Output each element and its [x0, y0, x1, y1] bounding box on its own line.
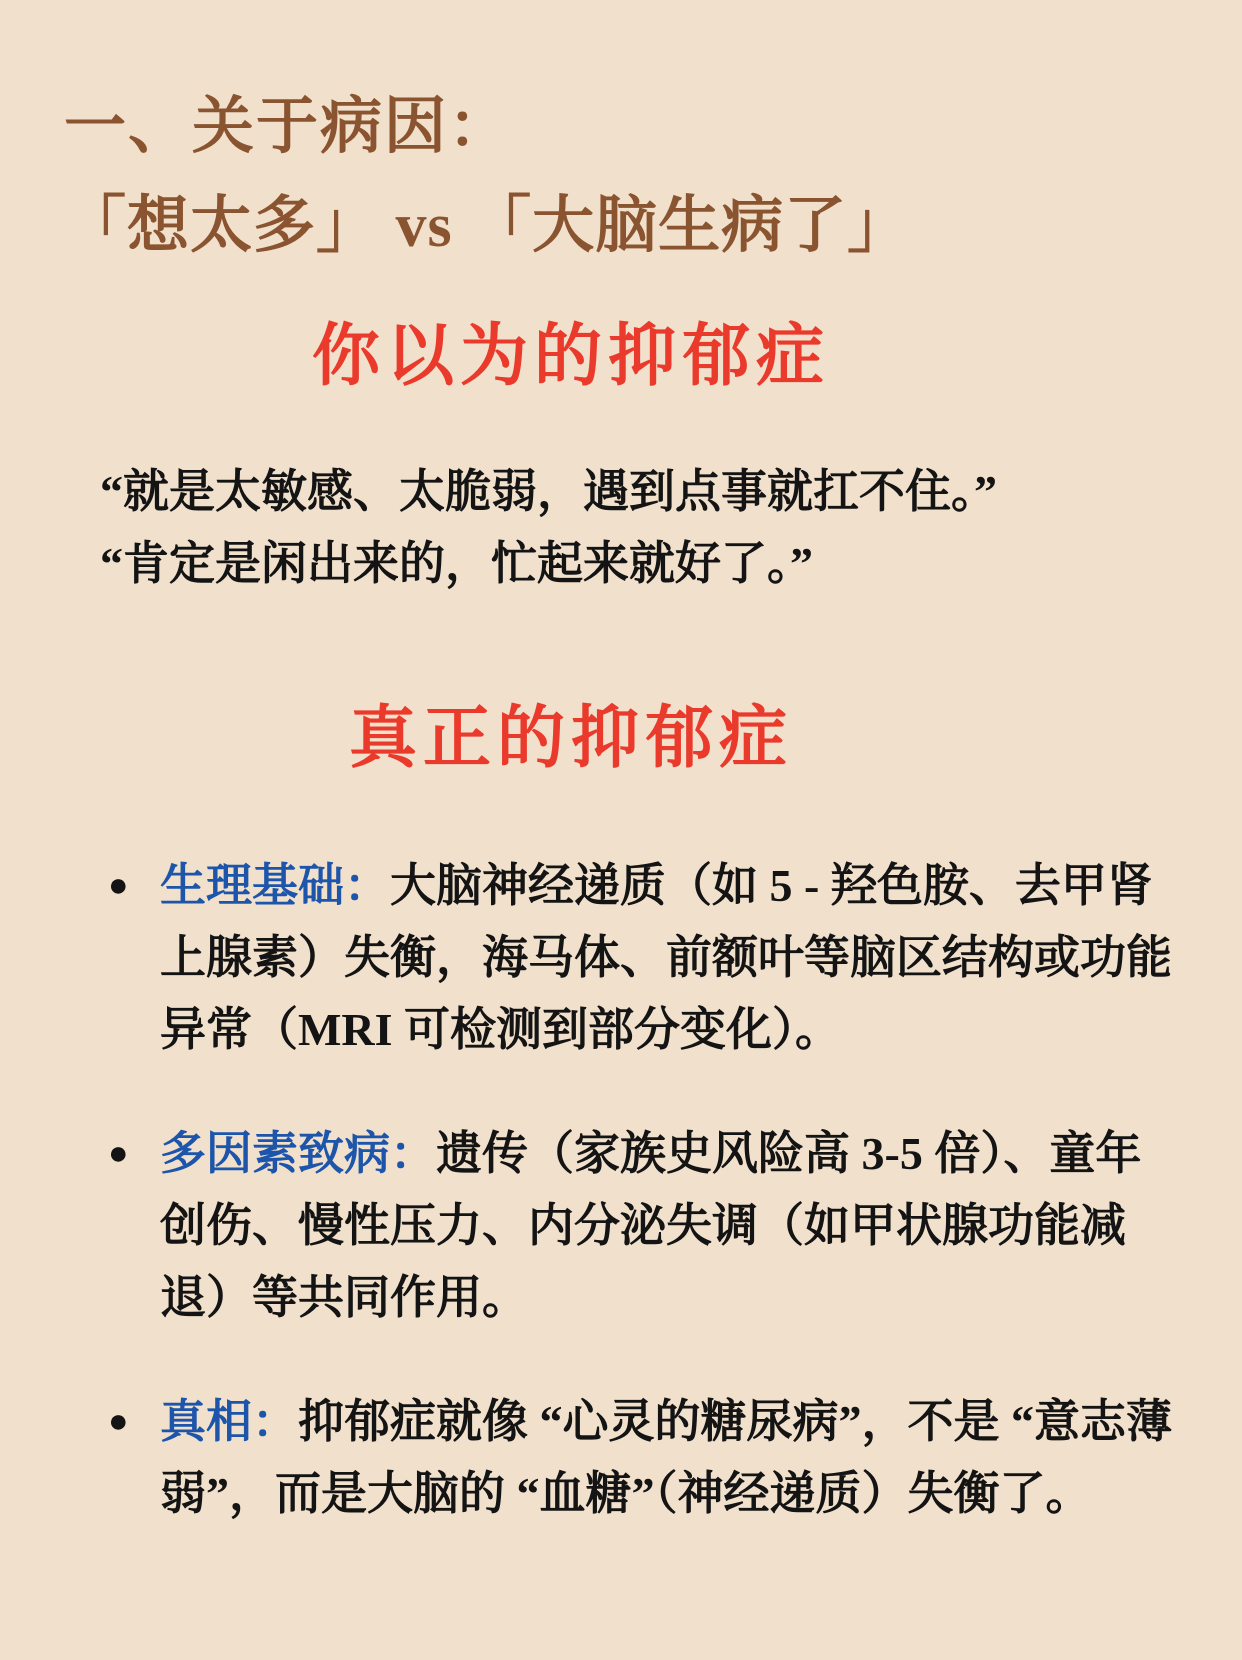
real-depression-bullet-list: ● 生理基础：大脑神经递质（如 5 - 羟色胺、去甲肾上腺素）失衡，海马体、前额… [0, 850, 1242, 1530]
section-heading-myth: 你以为的抑郁症 [0, 322, 1242, 390]
bullet-label-multifactor: 多因素致病： [160, 1128, 436, 1179]
bullet-point-icon: ● [108, 1118, 160, 1190]
list-item: ● 多因素致病：遗传（家族史风险高 3-5 倍）、童年创伤、慢性压力、内分泌失调… [108, 1118, 1172, 1334]
bullet-body-truth: 真相：抑郁症就像 “心灵的糖尿病”，不是 “意志薄弱”，而是大脑的 “血糖”（神… [160, 1386, 1172, 1530]
myth-quote-1: “就是太敏感、太脆弱，遇到点事就扛不住。” [100, 456, 1182, 528]
bullet-point-icon: ● [108, 1386, 160, 1458]
bullet-label-physiology: 生理基础： [160, 860, 390, 911]
page-title-line2: 「想太多」 vs 「大脑生病了」 [64, 192, 1202, 260]
list-item: ● 生理基础：大脑神经递质（如 5 - 羟色胺、去甲肾上腺素）失衡，海马体、前额… [108, 850, 1172, 1066]
bullet-text-truth: 抑郁症就像 “心灵的糖尿病”，不是 “意志薄弱”，而是大脑的 “血糖”（神经递质… [160, 1396, 1172, 1519]
bullet-body-multifactor: 多因素致病：遗传（家族史风险高 3-5 倍）、童年创伤、慢性压力、内分泌失调（如… [160, 1118, 1172, 1334]
bullet-label-truth: 真相： [160, 1396, 298, 1447]
list-item: ● 真相：抑郁症就像 “心灵的糖尿病”，不是 “意志薄弱”，而是大脑的 “血糖”… [108, 1386, 1172, 1530]
page-title-line1: 一、关于病因： [64, 96, 1202, 158]
myth-quotes: “就是太敏感、太脆弱，遇到点事就扛不住。” “肯定是闲出来的，忙起来就好了。” [0, 456, 1242, 600]
bullet-body-physiology: 生理基础：大脑神经递质（如 5 - 羟色胺、去甲肾上腺素）失衡，海马体、前额叶等… [160, 850, 1172, 1066]
page-title: 一、关于病因： 「想太多」 vs 「大脑生病了」 [0, 96, 1242, 260]
section-heading-real: 真正的抑郁症 [0, 704, 1242, 772]
bullet-point-icon: ● [108, 850, 160, 922]
myth-quote-2: “肯定是闲出来的，忙起来就好了。” [100, 528, 1182, 600]
infographic-card: 一、关于病因： 「想太多」 vs 「大脑生病了」 你以为的抑郁症 “就是太敏感、… [0, 0, 1242, 1660]
